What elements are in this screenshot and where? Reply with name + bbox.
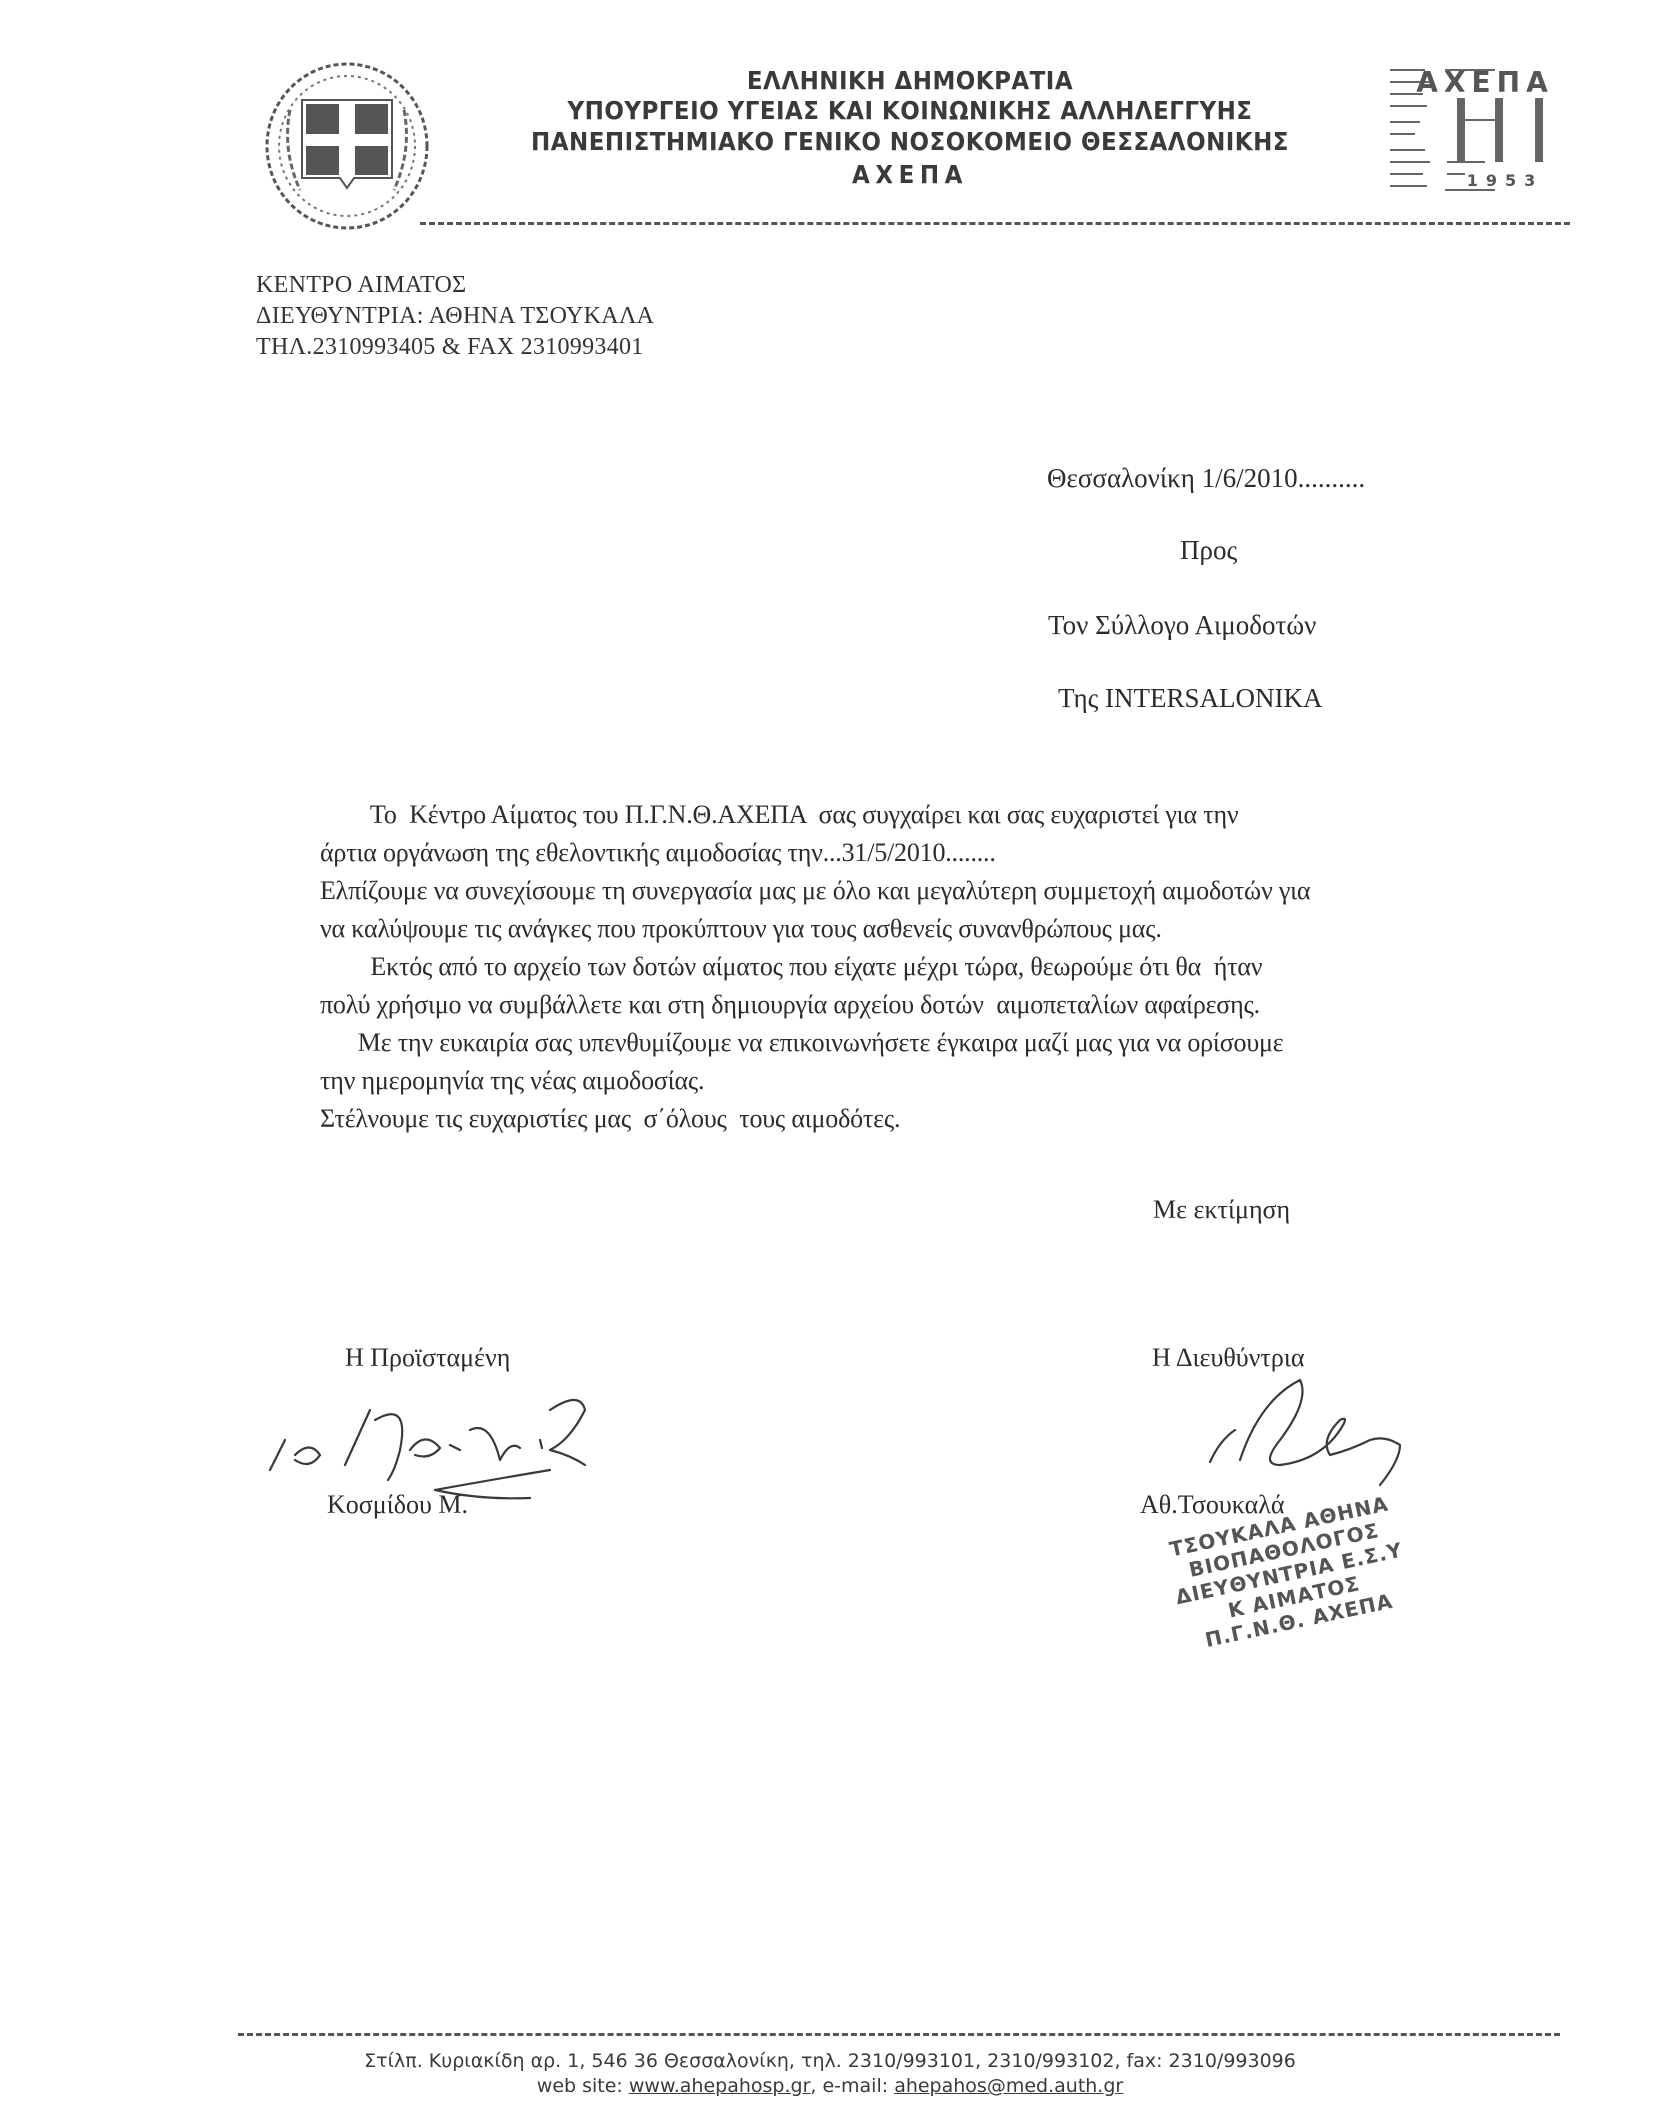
right-signature-icon — [1200, 1370, 1440, 1500]
left-signature-icon — [250, 1370, 700, 1510]
header-hospital: ΠΑΝΕΠΙΣΤΗΜΙΑΚΟ ΓΕΝΙΚΟ ΝΟΣΟΚΟΜΕΙΟ ΘΕΣΣΑΛΟ… — [496, 127, 1324, 156]
body-line: Με την ευκαιρία σας υπενθυμίζουμε να επι… — [320, 1028, 1283, 1058]
body-line: πολύ χρήσιμο να συμβάλλετε και στη δημιο… — [320, 990, 1260, 1020]
closing: Με εκτίμηση — [1153, 1195, 1290, 1225]
ahepa-logo-icon: ΑΧΕΠΑ 1953 — [1385, 62, 1563, 202]
department-director: ΔΙΕΥΘΥΝΤΡΙΑ: ΑΘΗΝΑ ΤΣΟΥΚΑΛΑ — [256, 303, 654, 330]
website-label: web site: — [537, 2075, 629, 2097]
body-line: Στέλνουμε τις ευχαριστίες μας σ΄όλους το… — [320, 1104, 900, 1134]
header-hospital-short: ΑΧΕΠΑ — [496, 160, 1324, 189]
left-signatory-title: Η Προϊσταμένη — [345, 1343, 510, 1373]
footer-divider — [238, 2033, 1560, 2036]
body-line: να καλύψουμε τις ανάγκες που προκύπτουν … — [320, 914, 1162, 944]
right-signatory-name: Αθ.Τσουκαλά — [1140, 1490, 1284, 1520]
left-signatory-name: Κοσμίδου Μ. — [327, 1490, 468, 1520]
header-ministry: ΥΠΟΥΡΓΕΙΟ ΥΓΕΙΑΣ ΚΑΙ ΚΟΙΝΩΝΙΚΗΣ ΑΛΛΗΛΕΓΓ… — [496, 96, 1324, 125]
body-line: την ημερομηνία της νέας αιμοδοσίας. — [320, 1066, 704, 1096]
body-line: Εκτός από το αρχείο των δοτών αίματος πο… — [320, 952, 1262, 982]
recipient-line-1: Τον Σύλλογο Αιμοδοτών — [1048, 610, 1316, 641]
website-link[interactable]: www.ahepahosp.gr — [629, 2075, 811, 2097]
header-country: ΕΛΛΗΝΙΚΗ ΔΗΜΟΚΡΑΤΙΑ — [496, 66, 1324, 95]
right-signatory-title: Η Διευθύντρια — [1152, 1343, 1304, 1373]
department-name: ΚΕΝΤΡΟ ΑΙΜΑΤΟΣ — [256, 272, 466, 299]
greek-coat-of-arms-icon — [262, 60, 432, 232]
svg-text:1953: 1953 — [1467, 171, 1544, 190]
header-divider — [420, 222, 1570, 225]
svg-text:ΑΧΕΠΑ: ΑΧΕΠΑ — [1416, 66, 1554, 99]
email-link[interactable]: ahepahos@med.auth.gr — [894, 2075, 1123, 2097]
footer-address: Στίλπ. Κυριακίδη αρ. 1, 546 36 Θεσσαλονί… — [130, 2050, 1530, 2072]
recipient-line-2: Της INTERSALONIKA — [1058, 683, 1323, 714]
to-label: Προς — [1180, 535, 1237, 566]
footer-contact: web site: www.ahepahosp.gr, e-mail: ahep… — [130, 2075, 1530, 2097]
place-date: Θεσσαλονίκη 1/6/2010.......... — [1047, 463, 1365, 494]
department-contact: ΤΗΛ.2310993405 & FAX 2310993401 — [256, 334, 644, 361]
body-line: άρτια οργάνωση της εθελοντικής αιμοδοσία… — [320, 838, 996, 868]
body-line: Το Κέντρο Αίματος του Π.Γ.Ν.Θ.ΑΧΕΠΑ σας … — [320, 800, 1238, 830]
body-line: Ελπίζουμε να συνεχίσουμε τη συνεργασία μ… — [320, 876, 1310, 906]
email-label: , e-mail: — [810, 2075, 894, 2097]
